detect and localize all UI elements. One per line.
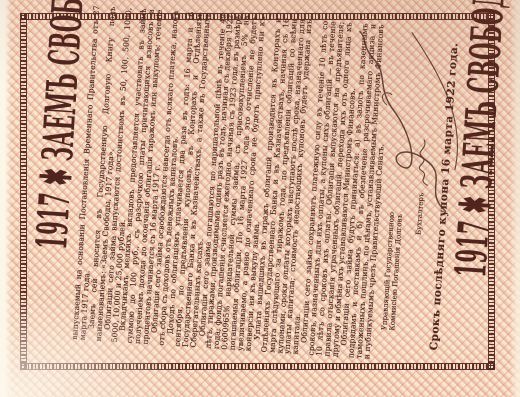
paper-edge-right [510,0,520,397]
paper-edge-left [0,0,12,397]
signature-footer: Управляющій Государственною Коммисіею По… [378,26,509,368]
accountant-signature-icon [413,136,434,189]
document-title-top: 1917 ✱ ЗАЕМЪ СВОБОДЫ ✱ 1917 [30,91,84,251]
bond-document-rotated: 1917 ✱ ЗАЕМЪ СВОБОДЫ ✱ 1917 выпускаемый … [20,13,495,370]
frame-border-left [20,363,495,370]
terms-body-text: выпускаемый на основаніи Постановленія В… [71,5,393,359]
bond-frame-area: 1917 ✱ ЗАЕМЪ СВОБОДЫ ✱ 1917 выпускаемый … [20,13,497,370]
bond-content: 1917 ✱ ЗАЕМЪ СВОБОДЫ ✱ 1917 выпускаемый … [24,2,509,367]
scanned-bond-photo: 1917 ✱ ЗАЕМЪ СВОБОДЫ ✱ 1917 выпускаемый … [0,0,520,397]
document-title-bottom: 1917 ✱ ЗАЕМЪ СВОБОДЫ ✱ 1917 [449,119,503,279]
